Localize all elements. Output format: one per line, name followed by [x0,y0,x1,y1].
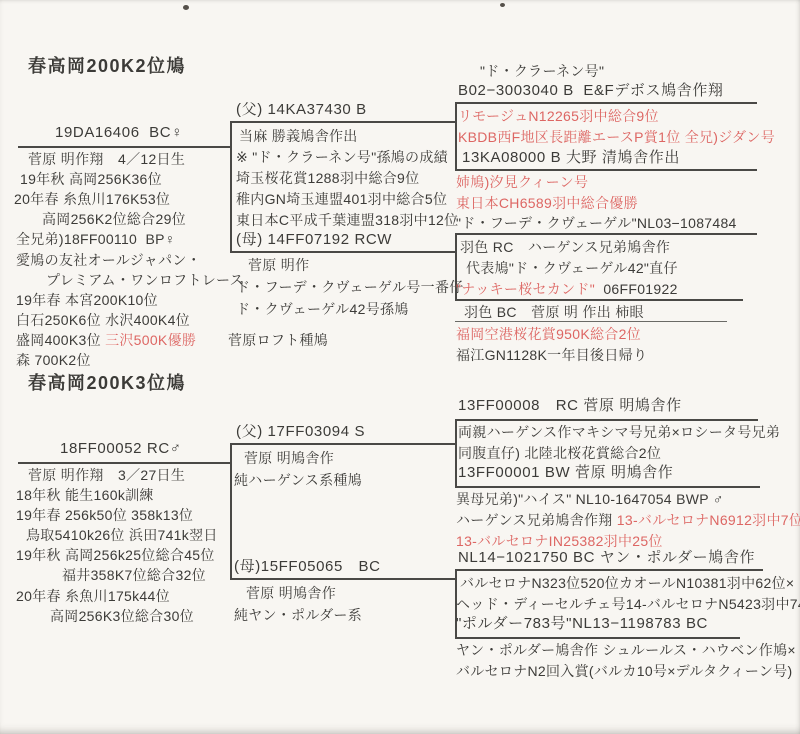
p2-subject-underline [18,462,230,464]
p2-parents-bracket-left [230,443,232,580]
p2-mother-bracket-bottom [230,578,456,580]
p1-mother-note-line: 菅原ロフト種鳩 [228,331,328,349]
p2-subject-breeder-line: 菅原 明作翔 3／27日生 [28,466,185,484]
p1-subject-race-series: プレミアム・ワンロフトレース [46,271,244,289]
p2-subject-result-line: 福井358K7位総合32位 [62,566,206,584]
p1-subject-result-line: 19年秋 高岡256K36位 [20,170,162,188]
p2-fm-sibling-line: 異母兄弟)"ハイス" NL10-1647054 BWP ♂ [456,490,724,508]
scan-artifact [500,3,505,7]
p1-ff-result-line: リモージュN12265羽中総合9位 [458,107,659,125]
p1-father-result-line: 稚内GN埼玉連盟401羽中総合5位 [236,190,447,208]
p1-father-note-line: ※ "ド・クラーネン号"孫鳩の成績 [236,148,448,166]
p1-mf-color-line: 羽色 RC ハーゲンス兄弟鳩舎作 [460,238,670,256]
p1-mm-color-line: 羽色 BC 菅原 明 作出 柿眼 [464,303,644,321]
result-text: 盛岡400K3位 [16,332,105,348]
p1-subject-result-line: 盛岡400K3位 三沢500K優勝 [16,331,196,349]
p1-subject-underline [18,146,230,148]
p2-fm-result-line: 13-バルセロナIN25382羽中25位 [456,532,663,550]
p1-mother-bracket-bottom [230,251,456,253]
p2-subject-result-line: 18年秋 能生160k訓練 [16,486,154,504]
p1-subject-result-line: 19年春 本宮200K10位 [16,291,158,309]
p1-mf-ring-id: "ド・フーデ・クヴェーゲル"NL03−1087484 [456,214,737,232]
result-text: ハーゲンス兄弟鳩舎作翔 [456,512,617,528]
p2-mf-result-line: ヘッド・ディーセルチェ号14-バルセロナN5423羽中74位 [456,595,800,613]
p1-mf-note-line: 代表鳩"ド・クヴェーゲル42"直仔 [466,259,678,277]
p1-fm-ring-id: 13KA08000 B 大野 清鳩舎作出 [462,149,680,167]
p1-subject-race-series: 愛鳩の友社オールジャパン・ [16,251,201,269]
p2-mother-strain-line: 純ヤン・ポルダー系 [234,606,362,624]
p2-subject-result-line: 高岡256K3位総合30位 [50,607,194,625]
result-highlight: 三沢500K優勝 [105,332,196,348]
pedigree2-title: 春高岡200K3位鳩 [28,374,186,392]
p2-subject-result-line: 鳥取5410k26位 浜田741k翌日 [26,526,218,544]
p2-mother-breeder-line: 菅原 明鳩舎作 [246,584,336,602]
p1-ff-underline [455,102,757,104]
p2-fm-result-line: ハーゲンス兄弟鳩舎作翔 13-バルセロナN6912羽中7位 [456,511,800,529]
p1-mother-breeder-line: 菅原 明作 [248,256,309,274]
p1-father-bracket-top [230,121,456,123]
p1-mf-underline [455,233,757,235]
p2-ff-underline [455,419,758,421]
p1-father-breeder-line: 当麻 勝義鳩舎作出 [239,127,358,145]
p1-mm-ring-id: 06FF01922 [595,281,678,297]
p2-mm-underline [455,637,740,639]
pedigree1-title: 春高岡200K2位鳩 [28,57,186,75]
p1-mm-ring-line: "ナッキー桜セカンド" 06FF01922 [456,280,678,298]
p2-father-breeder-line: 菅原 明鳩舎作 [244,449,334,467]
p1-ff-name: "ド・クラーネン号" [480,62,604,80]
p2-mm-result-line: バルセロナN2回入賞(バルカ10号×デルタクィーン号) [456,662,792,680]
pedigree-sheet: 春高岡200K2位鳩 19DA16406 BC♀ 菅原 明作翔 4／12日生 1… [0,0,800,734]
scan-artifact [183,5,189,10]
p1-subject-result-line: 20年春 糸魚川176K53位 [14,190,170,208]
p1-subject-result-line: 高岡256K2位総合29位 [42,210,186,228]
p2-mf-result-line: バルセロナN323位520位カオールN10381羽中62位× [460,574,794,592]
p1-subject-sibling-line: 全兄弟)18FF00110 BP♀ [16,230,176,248]
p1-mother-strain-line: ド・フーデ・クヴェーゲル号一番仔 [236,278,464,296]
p2-mf-ring-id: NL14−1021750 BC ヤン・ポルダー鳩舎作 [458,549,755,567]
p1-mm-underline [455,299,743,301]
p1-father-parents-bracket [455,102,457,170]
p1-mother-strain-line: ド・クヴェーゲル42号孫鳩 [236,300,409,318]
p2-father-bracket-top [230,443,456,445]
p2-subject-ring-id: 18FF00052 RC♂ [60,440,182,458]
result-highlight: 13-バルセロナN6912羽中7位 [617,512,800,528]
p2-fm-underline [455,486,760,488]
p1-subject-breeder-line: 菅原 明作翔 4／12日生 [28,150,185,168]
p1-subject-result-line: 白石250K6位 水沢400K4位 [16,311,190,329]
p2-ff-result-line: 同腹直仔) 北陸北桜花賞総合2位 [458,444,661,462]
p2-mother-ring-id: (母)15FF05065 BC [234,558,381,576]
p1-mm-underline-2 [455,321,727,322]
p2-ff-ring-id: 13FF00008 RC 菅原 明鳩舎作 [458,397,682,415]
p1-subject-ring-id: 19DA16406 BC♀ [55,124,183,142]
p2-subject-result-line: 19年秋 高岡256k25位総合45位 [16,546,215,564]
p1-subject-result-line: 森 700K2位 [16,351,91,369]
p1-ff-ring-id: B02−3003040 B E&Fデボス鳩舎作翔 [458,82,724,100]
p2-father-strain-line: 純ハーゲンス系種鳩 [234,471,362,489]
p1-fm-result-line: 東日本CH6589羽中総合優勝 [456,194,638,212]
p2-subject-result-line: 19年春 256k50位 358k13位 [16,506,193,524]
p1-father-result-line: 埼玉桜花賞1288羽中総合9位 [236,169,419,187]
p1-ff-result-line: KBDB西F地区長距離エースP賞1位 全兄)ジダン号 [458,128,775,146]
p2-mm-breeder-line: ヤン・ポルダー鳩舎作 シュルールス・ハウベン作鳩× [456,641,796,659]
p1-mm-result-line: 福岡空港桜花賞950K総合2位 [456,325,641,343]
p1-mm-result-line: 福江GN1128K一年目後日帰り [456,346,647,364]
p2-father-ring-id: (父) 17FF03094 S [236,423,365,441]
p2-subject-result-line: 20年春 糸魚川175k44位 [16,587,170,605]
p2-father-parents-bracket [455,419,457,488]
p1-father-result-line: 東日本C平成千葉連盟318羽中12位 [236,211,458,229]
p1-father-ring-id: (父) 14KA37430 B [236,101,367,119]
p2-mf-underline [455,569,763,571]
p1-mother-ring-id: (母) 14FF07192 RCW [236,231,392,249]
p1-fm-result-line: 姉鳩)汐見クィーン号 [456,173,588,191]
p2-fm-ring-id: 13FF00001 BW 菅原 明鳩舎作 [458,464,673,482]
p1-parents-bracket-left [230,121,232,253]
p2-mm-ring-id: "ポルダー783号"NL13−1198783 BC [456,615,708,633]
p1-mm-name: "ナッキー桜セカンド" [456,281,595,297]
p1-fm-underline [455,169,757,171]
p2-ff-note-line: 両親ハーゲンス作マキシマ号兄弟×ロシータ号兄弟 [458,423,780,441]
